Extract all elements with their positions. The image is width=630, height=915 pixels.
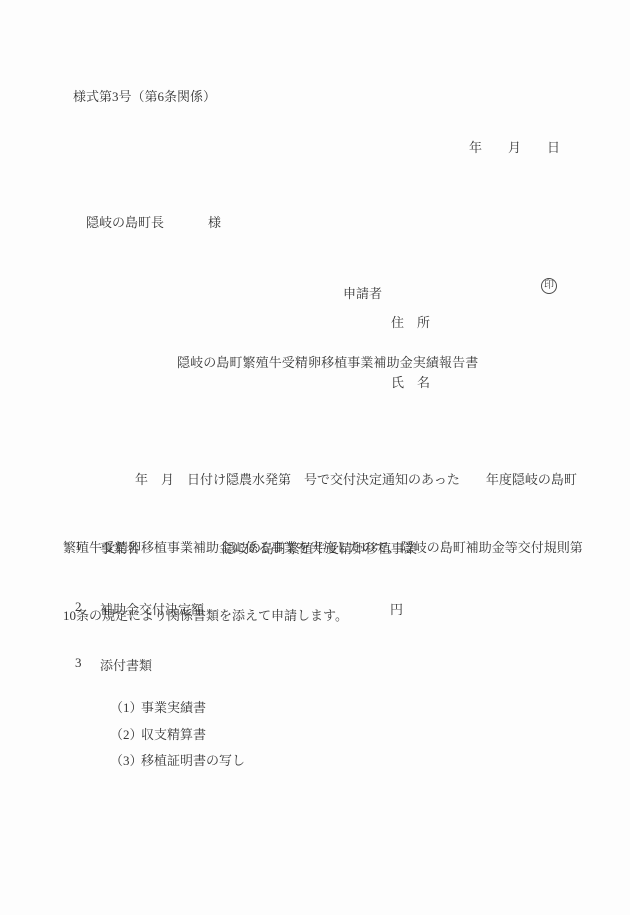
applicant-address-label: 住 所 [391,315,430,343]
seal-mark-icon: 印 [541,278,557,294]
attachment-item-1: （1）事業実績書 [97,681,206,699]
attachment-3-number: （3） [110,750,141,769]
item-2-label: 補助金交付決定額 [100,599,204,618]
item-3-label: 添付書類 [100,655,152,674]
attachment-3-text: 移植証明書の写し [141,753,245,768]
addressee-line: 隠岐の島町長様 [73,196,221,247]
attachment-item-2: （2）収支精算書 [97,708,206,726]
item-subsidy-amount: 2 補助金交付決定額 円 [0,599,630,617]
item-1-number: 1 [75,538,82,554]
item-2-currency-unit: 円 [390,599,403,618]
applicant-name-label: 氏 名 [391,375,430,403]
addressee-name: 隠岐の島町長 [86,215,164,230]
paragraph-line-1: 年 月 日付け隠農水発第 号で交付決定通知のあった 年度隠岐の島町 [63,469,575,492]
applicant-label: 申請者 [343,283,382,302]
addressee-honorific: 様 [208,215,221,230]
item-attachments: 3 添付書類 [0,655,630,673]
item-1-value: 隠岐の島町繁殖牛受精卵移植事業 [222,538,417,557]
item-1-label: 事業名 [100,538,139,557]
document-page: 様式第3号（第6条関係） 年 月 日 隠岐の島町長様 申請者 住 所 氏 名 印… [0,0,630,915]
item-project-name: 1 事業名 隠岐の島町繁殖牛受精卵移植事業 [0,538,630,556]
document-title: 隠岐の島町繁殖牛受精卵移植事業補助金実績報告書 [177,352,478,371]
date-line: 年 月 日 [469,137,560,156]
item-3-number: 3 [75,655,82,671]
item-2-number: 2 [75,599,82,615]
form-number: 様式第3号（第6条関係） [73,86,216,105]
attachment-item-3: （3）移植証明書の写し [97,734,245,752]
